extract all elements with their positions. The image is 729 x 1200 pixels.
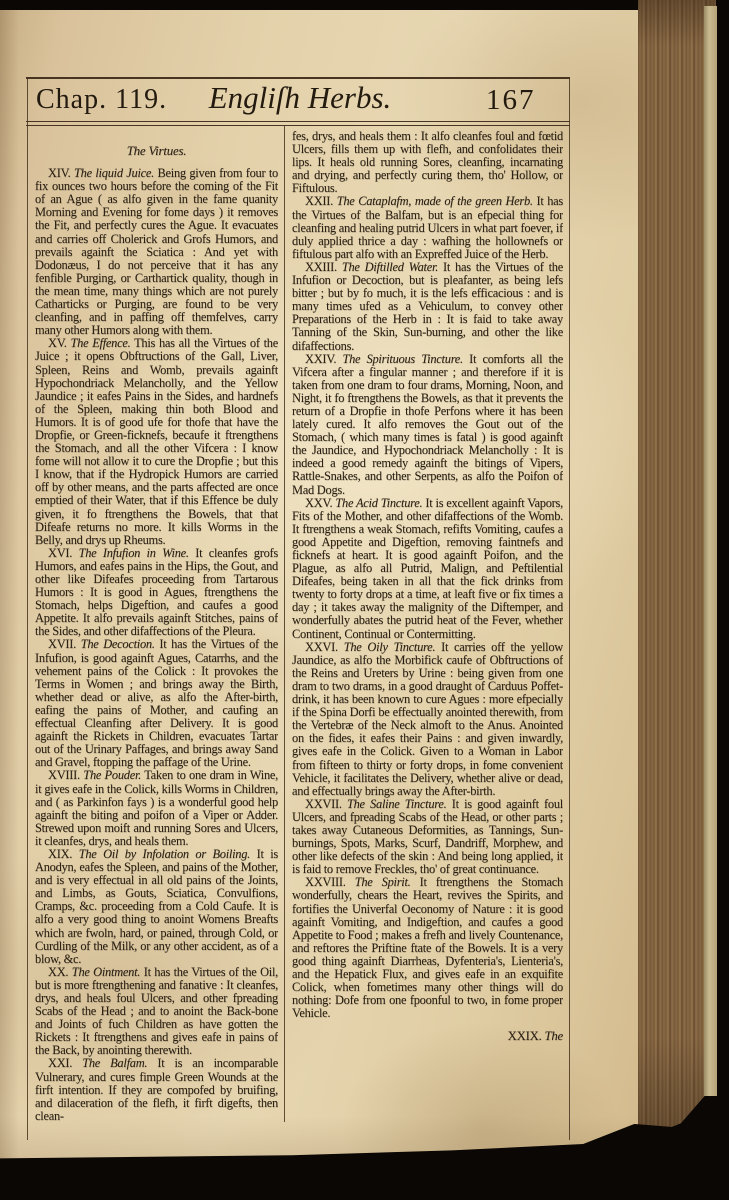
section-xxiv-number: XXIV. bbox=[305, 352, 336, 366]
section-xiv-body: Being given from four to fix ounces two … bbox=[35, 166, 278, 337]
section-xix-number: XIX. bbox=[48, 847, 72, 861]
section-xx-number: XX. bbox=[48, 965, 68, 979]
section-xx-body: It has the Virtues of the Oil, but is mo… bbox=[35, 965, 278, 1058]
section-xxi-title: The Balfam. bbox=[82, 1056, 147, 1070]
section-xvii: XVII. The Decoction. It has the Virtues … bbox=[35, 638, 278, 769]
section-xxviii-number: XXVIII. bbox=[305, 875, 346, 889]
catchword-word: The bbox=[545, 1029, 563, 1043]
section-xix-body: It is Anodyn, eafes the Spleen, and pain… bbox=[35, 847, 278, 966]
page-title: Engliſh Herbs. bbox=[170, 80, 430, 116]
right-column: fes, drys, and heals them : It alfo clea… bbox=[292, 130, 563, 1142]
section-xxi-body: It is an incomparable Vulnerary, and cur… bbox=[35, 1056, 278, 1122]
section-xvii-body: It has the Virtues of the Infufion, is g… bbox=[35, 637, 278, 769]
column-divider-rule bbox=[284, 126, 285, 1122]
section-xxiii: XXIII. The Diftilled Water. It has the V… bbox=[292, 261, 563, 353]
frame-left-rule bbox=[27, 77, 28, 1140]
section-xxiv: XXIV. The Spirituous Tincture. It comfor… bbox=[292, 353, 563, 497]
section-xxv: XXV. The Acid Tincture. It is excellent … bbox=[292, 497, 563, 641]
section-xvii-number: XVII. bbox=[48, 637, 76, 651]
section-xix-title: The Oil by Infolation or Boiling. bbox=[79, 847, 250, 861]
section-xviii-title: The Pouder. bbox=[83, 768, 141, 782]
section-xxviii: XXVIII. The Spirit. It ftrengthens the S… bbox=[292, 876, 563, 1020]
header-top-rule bbox=[26, 77, 570, 79]
section-xxii-number: XXII. bbox=[305, 194, 333, 208]
section-xix: XIX. The Oil by Infolation or Boiling. I… bbox=[35, 848, 278, 966]
section-xxi-number: XXI. bbox=[48, 1056, 72, 1070]
section-xxviii-body: It ftrengthens the Stomach wonderfully, … bbox=[292, 875, 563, 1020]
section-xiv: XIV. The liquid Juice. Being given from … bbox=[35, 167, 278, 337]
section-xvi: XVI. The Infufion in Wine. It cleanfes g… bbox=[35, 547, 278, 639]
section-xxii-title: The Cataplafm, made of the green Herb. bbox=[337, 194, 533, 208]
header-bottom-rule-1 bbox=[26, 121, 570, 122]
section-xxvi: XXVI. The Oily Tincture. It carries off … bbox=[292, 641, 563, 798]
chapter-heading: Chap. 119. bbox=[36, 84, 167, 116]
page-number: 167 bbox=[486, 84, 536, 117]
section-xxiii-number: XXIII. bbox=[305, 260, 337, 274]
continuation-text: fes, drys, and heals them : It alfo clea… bbox=[292, 130, 563, 195]
section-xvi-number: XVI. bbox=[48, 546, 72, 560]
section-xv: XV. The Effence. This has all the Virtue… bbox=[35, 337, 278, 547]
section-xxi: XXI. The Balfam. It is an incomparable V… bbox=[35, 1057, 278, 1122]
section-xxv-number: XXV. bbox=[305, 496, 332, 510]
continuation-paragraph: fes, drys, and heals them : It alfo clea… bbox=[292, 130, 563, 195]
section-xiv-title: The liquid Juice. bbox=[74, 166, 154, 180]
section-xviii-number: XVIII. bbox=[48, 768, 80, 782]
header-bottom-rule-2 bbox=[26, 125, 570, 126]
section-xxvi-body: It carries off the yellow Jaundice, as a… bbox=[292, 640, 563, 798]
section-xxv-title: The Acid Tincture. bbox=[335, 496, 422, 510]
section-xxvi-title: The Oily Tincture. bbox=[344, 640, 436, 654]
catchword-number: XXIX. bbox=[508, 1029, 542, 1043]
section-xxiv-body: It comforts all the Vifcera after a fing… bbox=[292, 352, 563, 497]
frame-right-rule bbox=[569, 77, 570, 1140]
section-xviii: XVIII. The Pouder. Taken to one dram in … bbox=[35, 769, 278, 848]
section-xxiii-title: The Diftilled Water. bbox=[342, 260, 438, 274]
section-xxii: XXII. The Cataplafm, made of the green H… bbox=[292, 195, 563, 260]
section-xv-body: This has all the Virtues of the Juice ; … bbox=[35, 336, 278, 546]
cover-edge bbox=[704, 6, 717, 1096]
section-xxvi-number: XXVI. bbox=[305, 640, 338, 654]
section-xxviii-title: The Spirit. bbox=[355, 875, 411, 889]
section-xvi-body: It cleanfes grofs Humors, and eafes pain… bbox=[35, 546, 278, 639]
section-xxiv-title: The Spirituous Tincture. bbox=[342, 352, 462, 366]
section-xxvii: XXVII. The Saline Tincture. It is good a… bbox=[292, 798, 563, 877]
section-xxv-body: It is excellent againft Vapors, Fits of … bbox=[292, 496, 563, 641]
section-xx: XX. The Ointment. It has the Virtues of … bbox=[35, 966, 278, 1058]
section-xxvii-number: XXVII. bbox=[305, 797, 342, 811]
left-column: The Virtues. XIV. The liquid Juice. Bein… bbox=[35, 130, 278, 1142]
section-xvi-title: The Infufion in Wine. bbox=[79, 546, 189, 560]
virtues-heading: The Virtues. bbox=[35, 144, 278, 157]
catchword: XXIX. The bbox=[292, 1030, 563, 1043]
section-xvii-title: The Decoction. bbox=[81, 637, 155, 651]
section-xx-title: The Ointment. bbox=[72, 965, 140, 979]
section-xv-title: The Effence. bbox=[71, 336, 131, 350]
section-xiv-number: XIV. bbox=[48, 166, 71, 180]
section-xxiii-body: It has the Virtues of the Infufion or De… bbox=[292, 260, 563, 353]
book-photo: Chap. 119. Engliſh Herbs. 167 The Virtue… bbox=[0, 0, 729, 1200]
section-xv-number: XV. bbox=[48, 336, 67, 350]
section-xxvii-title: The Saline Tincture. bbox=[347, 797, 447, 811]
